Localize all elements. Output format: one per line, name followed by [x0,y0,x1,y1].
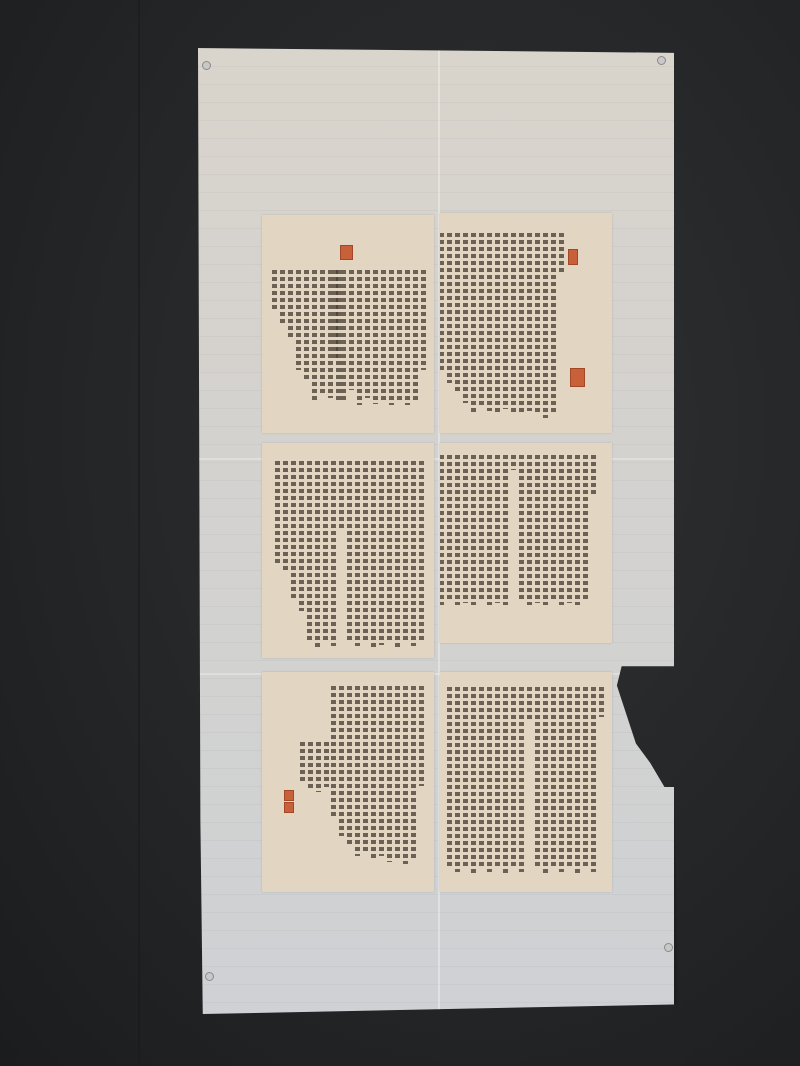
calligraphy-panel-middle-left [262,443,434,658]
text-columns [331,686,424,866]
seal-stamp [284,802,294,813]
text-columns-left [272,270,341,410]
colophon-columns [300,742,329,802]
text-columns [333,270,426,410]
pin-top-left [202,61,211,70]
calligraphy-panel-bottom-right [440,672,612,892]
pin-bottom-right [664,943,673,952]
seal-stamp-name [570,368,585,387]
seal-stamp [284,790,294,801]
pin-bottom-left [205,972,214,981]
text-columns [440,233,564,418]
wall-seam [138,0,140,1066]
calligraphy-panel-top-left [262,215,434,433]
text-columns [275,461,424,651]
pin-top-right [657,56,666,65]
calligraphy-panel-middle-right [440,443,612,643]
calligraphy-panel-top-right [440,213,612,433]
seal-stamp [340,245,353,260]
calligraphy-panel-bottom-left [262,672,434,892]
seal-stamp-small [568,249,578,265]
text-columns [440,455,596,615]
text-columns [447,687,604,877]
